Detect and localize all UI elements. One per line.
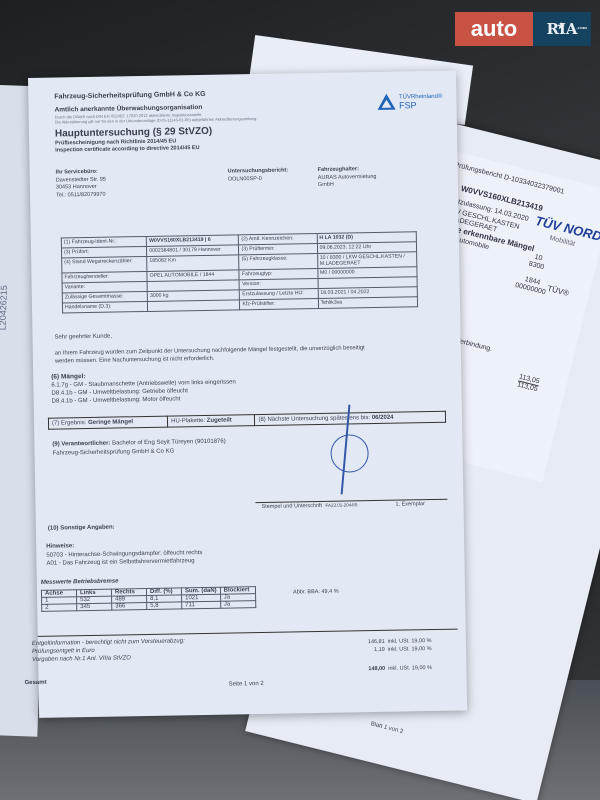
star-icon: ★ [557, 10, 565, 44]
vehicle-holder: Fahrzeughalter: AURAS Autovermietung Gmb… [318, 166, 377, 190]
maengel-list: 6.1.7g - GM - Staubmanschette (Antriebsw… [51, 378, 236, 405]
brake-cell: 5,8 [147, 602, 182, 610]
watermark-suffix: .com [576, 11, 587, 45]
vehicle-cell-r-value: Tehlik3va [318, 297, 418, 309]
page-number: Seite 1 von 2 [229, 681, 264, 688]
brake-header: Sum. (daN) [181, 587, 220, 595]
total-values: 148,00 inkl. USt. 19,00 % [368, 665, 432, 672]
brake-cell: 345 [77, 603, 112, 611]
service-office: Ihr Servicebüro: Davenstedter Str. 95 30… [56, 169, 107, 200]
report-value: OOLN00SP-0 [228, 175, 289, 184]
responsible-company: Fahrzeug-Sicherheitsprüfung GmbH & Co KG [53, 449, 175, 457]
vehicle-cell-r-label: (5) Fahrzeugklasse: [239, 253, 317, 269]
watermark-auto: auto [455, 12, 533, 46]
result-table: (7) Ergebnis: Geringe Mängel HU-Plakette… [48, 411, 446, 430]
intro-line-2: werden müssen. Eine Nachuntersuchung ist… [55, 356, 215, 365]
fee-line1-tax: inkl. USt. 19,00 % [388, 638, 432, 645]
maengel-label: (6) Mängel: [51, 373, 85, 381]
result-value: Geringe Mängel [88, 419, 133, 426]
stamp-label: Stempel und Unterschrift [261, 503, 322, 510]
fees-block: Entgeltinformation - berechtigt nicht zu… [32, 637, 185, 664]
vehicle-data-table: (1) Fahrzeug-Ident-Nr.:W0VVS160XLB213419… [61, 231, 418, 313]
fees-divider [38, 629, 458, 637]
inspection-certificate: Fahrzeug-Sicherheitsprüfung GmbH & Co KG… [28, 71, 467, 718]
official-stamp [330, 434, 369, 473]
greeting: Sehr geehrter Kunde, [54, 334, 111, 341]
total-value: 148,00 [368, 666, 385, 672]
vehicle-cell-l-label: (4) Stand Wegstreckenzähler: [62, 256, 147, 272]
holder-line2: GmbH [318, 181, 377, 190]
brake-title: Messwerte Betriebsbremse [41, 578, 119, 585]
brake-cell: Ja [220, 601, 255, 609]
brake-cell: 366 [112, 603, 147, 611]
plakette-value: Zugeteilt [207, 417, 232, 423]
tuv-sub: FSP [399, 101, 443, 110]
autoria-watermark: auto ★ RIA .com [455, 12, 591, 46]
fee-line2-tax: inkl. USt. 19,00 % [388, 646, 432, 653]
next-inspection-label: (8) Nächste Untersuchung spätestens bis: [258, 415, 370, 423]
fee-line2-label: Vorgaben nach Nr.1 Anl. VIIIa StVZO [32, 653, 185, 664]
brake-table: AchseLinksRechtsDiff. (%)Sum. (daN)Block… [41, 586, 256, 612]
result-label: (7) Ergebnis: [52, 420, 86, 427]
holder-line1: AURAS Autovermietung [318, 173, 377, 182]
fee-line1-value: 146,81 [368, 639, 385, 645]
report-number: Untersuchungsbericht: OOLN00SP-0 [228, 167, 289, 183]
responsible-label: (9) Verantwortlicher: [52, 441, 110, 448]
left-strip-number: L20426215 [0, 285, 9, 330]
doc-subtitle-2: Inspection certificate according to dire… [55, 145, 199, 154]
vehicle-cell-r-label: Kfz-Prüfstifter: [240, 298, 318, 309]
side-code2: 8300 [528, 261, 545, 272]
watermark-ria: ★ RIA .com [533, 12, 591, 46]
responsible-value: Bachelor of Eng Seyit Türeyen (90101876) [112, 439, 226, 447]
hinweise-list: 50703 - Hinterachse-Schwingungsdämpfer: … [46, 549, 202, 568]
total-label: Gesamt [25, 680, 47, 686]
tuv-triangle-icon [377, 94, 395, 110]
left-strip-fineprint [3, 346, 19, 626]
total-tax: inkl. USt. 19,00 % [388, 665, 432, 672]
stamp-code: FA23.01-2044/5 [325, 502, 357, 508]
service-tel: Tel.: 0511/82079970 [56, 191, 106, 199]
next-inspection-value: 06/2024 [372, 415, 394, 421]
vehicle-cell-l-label: Handelsname (D.3): [62, 301, 147, 312]
company-name: Fahrzeug-Sicherheitsprüfung GmbH & Co KG [54, 91, 205, 101]
hinweis-item: A01 - Das Fahrzeug ist ein Selbstfahrerv… [46, 557, 202, 568]
vehicle-cell-l-value: 185082 Km [147, 255, 240, 272]
fees-values: 146,81 inkl. USt. 19,00 % 1,19 inkl. USt… [368, 637, 432, 654]
brake-cell: 711 [182, 601, 221, 609]
vehicle-cell-r-value: 10 / 8300 / LKW GESCHL.KASTEN / M.LADEGE… [317, 252, 417, 269]
brake-cell: 2 [42, 604, 77, 612]
brake-abbr: Abbr. BBA: 49,4 % [293, 589, 339, 596]
plakette-label: HU-Plakette: [171, 418, 205, 425]
doc-title: Hauptuntersuchung (§ 29 StVZO) [55, 126, 212, 140]
responsible: (9) Verantwortlicher: Bachelor of Eng Se… [52, 439, 225, 448]
exemplar: 1. Exemplar [395, 501, 424, 508]
side-tuv: TÜV® [546, 284, 569, 298]
back-page-number: Blatt 1 von 2 [370, 721, 404, 735]
hinweise-label: Hinweise: [46, 543, 74, 549]
report-label: Untersuchungsbericht: [228, 167, 289, 176]
tuv-rheinland-logo: TÜVRheinland®FSP [377, 93, 443, 110]
fee-line2-value: 1,19 [374, 647, 385, 653]
sonstige-label: (10) Sonstige Angaben: [48, 525, 115, 532]
vehicle-cell-l-value [148, 300, 240, 312]
